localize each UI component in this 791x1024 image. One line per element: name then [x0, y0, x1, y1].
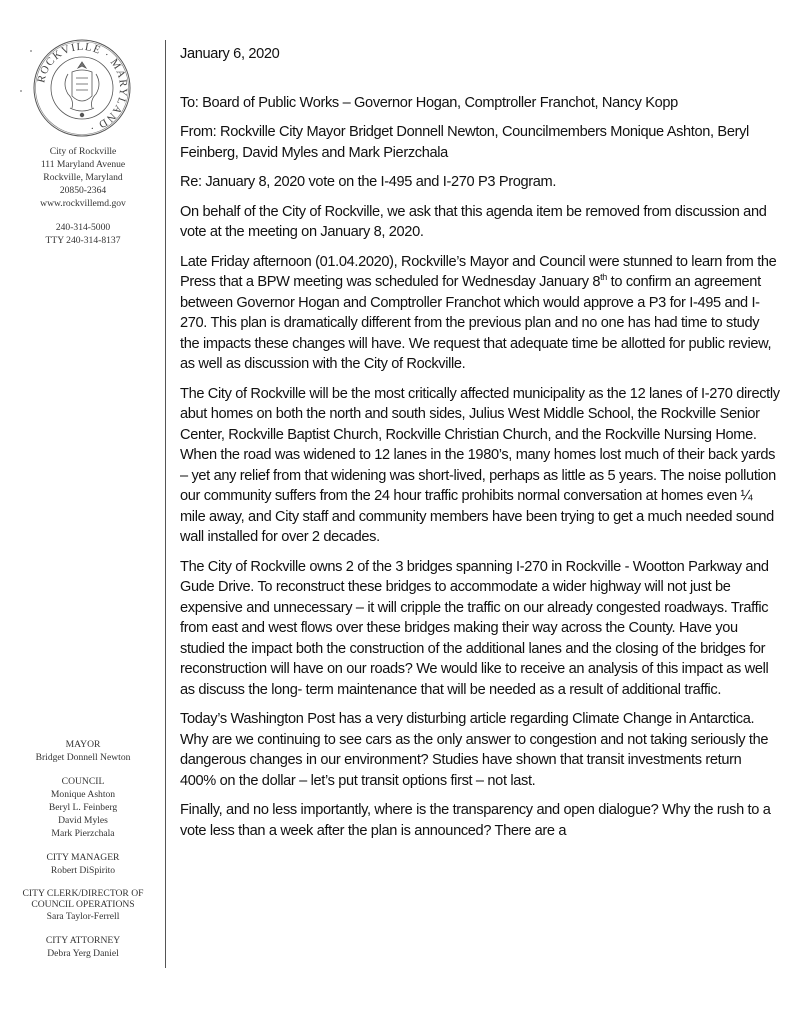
council-member: Beryl L. Feinberg: [0, 801, 166, 814]
mayor-name: Bridget Donnell Newton: [0, 751, 166, 764]
letter-date: January 6, 2020: [180, 44, 780, 65]
letter-body: January 6, 2020 To: Board of Public Work…: [180, 44, 780, 850]
city-name: City of Rockville: [0, 145, 166, 158]
re-line: Re: January 8, 2020 vote on the I-495 an…: [180, 172, 780, 193]
council-member: Monique Ashton: [0, 788, 166, 801]
paragraph-request: On behalf of the City of Rockville, we a…: [180, 202, 780, 243]
scan-speck: [20, 90, 22, 92]
ordinal-suffix: th: [600, 272, 607, 282]
paragraph-timeline: Late Friday afternoon (01.04.2020), Rock…: [180, 252, 780, 375]
paragraph-climate: Today’s Washington Post has a very distu…: [180, 709, 780, 791]
from-line: From: Rockville City Mayor Bridget Donne…: [180, 122, 780, 163]
street-address: 111 Maryland Avenue: [0, 158, 166, 171]
city-manager-title: CITY MANAGER: [0, 851, 166, 864]
city-state: Rockville, Maryland: [0, 171, 166, 184]
city-address-block: City of Rockville 111 Maryland Avenue Ro…: [0, 145, 166, 247]
council-member: Mark Pierzchala: [0, 827, 166, 840]
tty-phone: TTY 240-314-8137: [0, 234, 166, 247]
letterhead-sidebar: ROCKVILLE · MARYLAND · City of Rockville…: [0, 0, 166, 1024]
city-clerk-title: CITY CLERK/DIRECTOR OF: [0, 888, 166, 899]
city-clerk-name: Sara Taylor-Ferrell: [0, 910, 166, 923]
mayor-title: MAYOR: [0, 738, 166, 751]
city-manager-name: Robert DiSpirito: [0, 864, 166, 877]
city-attorney-name: Debra Yerg Daniel: [0, 947, 166, 960]
paragraph-bridges: The City of Rockville owns 2 of the 3 br…: [180, 557, 780, 701]
main-phone: 240-314-5000: [0, 221, 166, 234]
officials-block: MAYOR Bridget Donnell Newton COUNCIL Mon…: [0, 738, 166, 960]
paragraph-impact: The City of Rockville will be the most c…: [180, 384, 780, 548]
city-clerk-title-line2: COUNCIL OPERATIONS: [0, 899, 166, 910]
council-title: COUNCIL: [0, 775, 166, 788]
vertical-divider: [165, 40, 166, 968]
zip-code: 20850-2364: [0, 184, 166, 197]
website-link[interactable]: www.rockvillemd.gov: [0, 197, 166, 210]
council-member: David Myles: [0, 814, 166, 827]
svg-text:ROCKVILLE · MARYLAND ·: ROCKVILLE · MARYLAND ·: [35, 41, 129, 134]
city-attorney-title: CITY ATTORNEY: [0, 934, 166, 947]
to-line: To: Board of Public Works – Governor Hog…: [180, 93, 780, 114]
city-seal-icon: ROCKVILLE · MARYLAND ·: [32, 38, 132, 138]
paragraph-transparency: Finally, and no less importantly, where …: [180, 800, 780, 841]
